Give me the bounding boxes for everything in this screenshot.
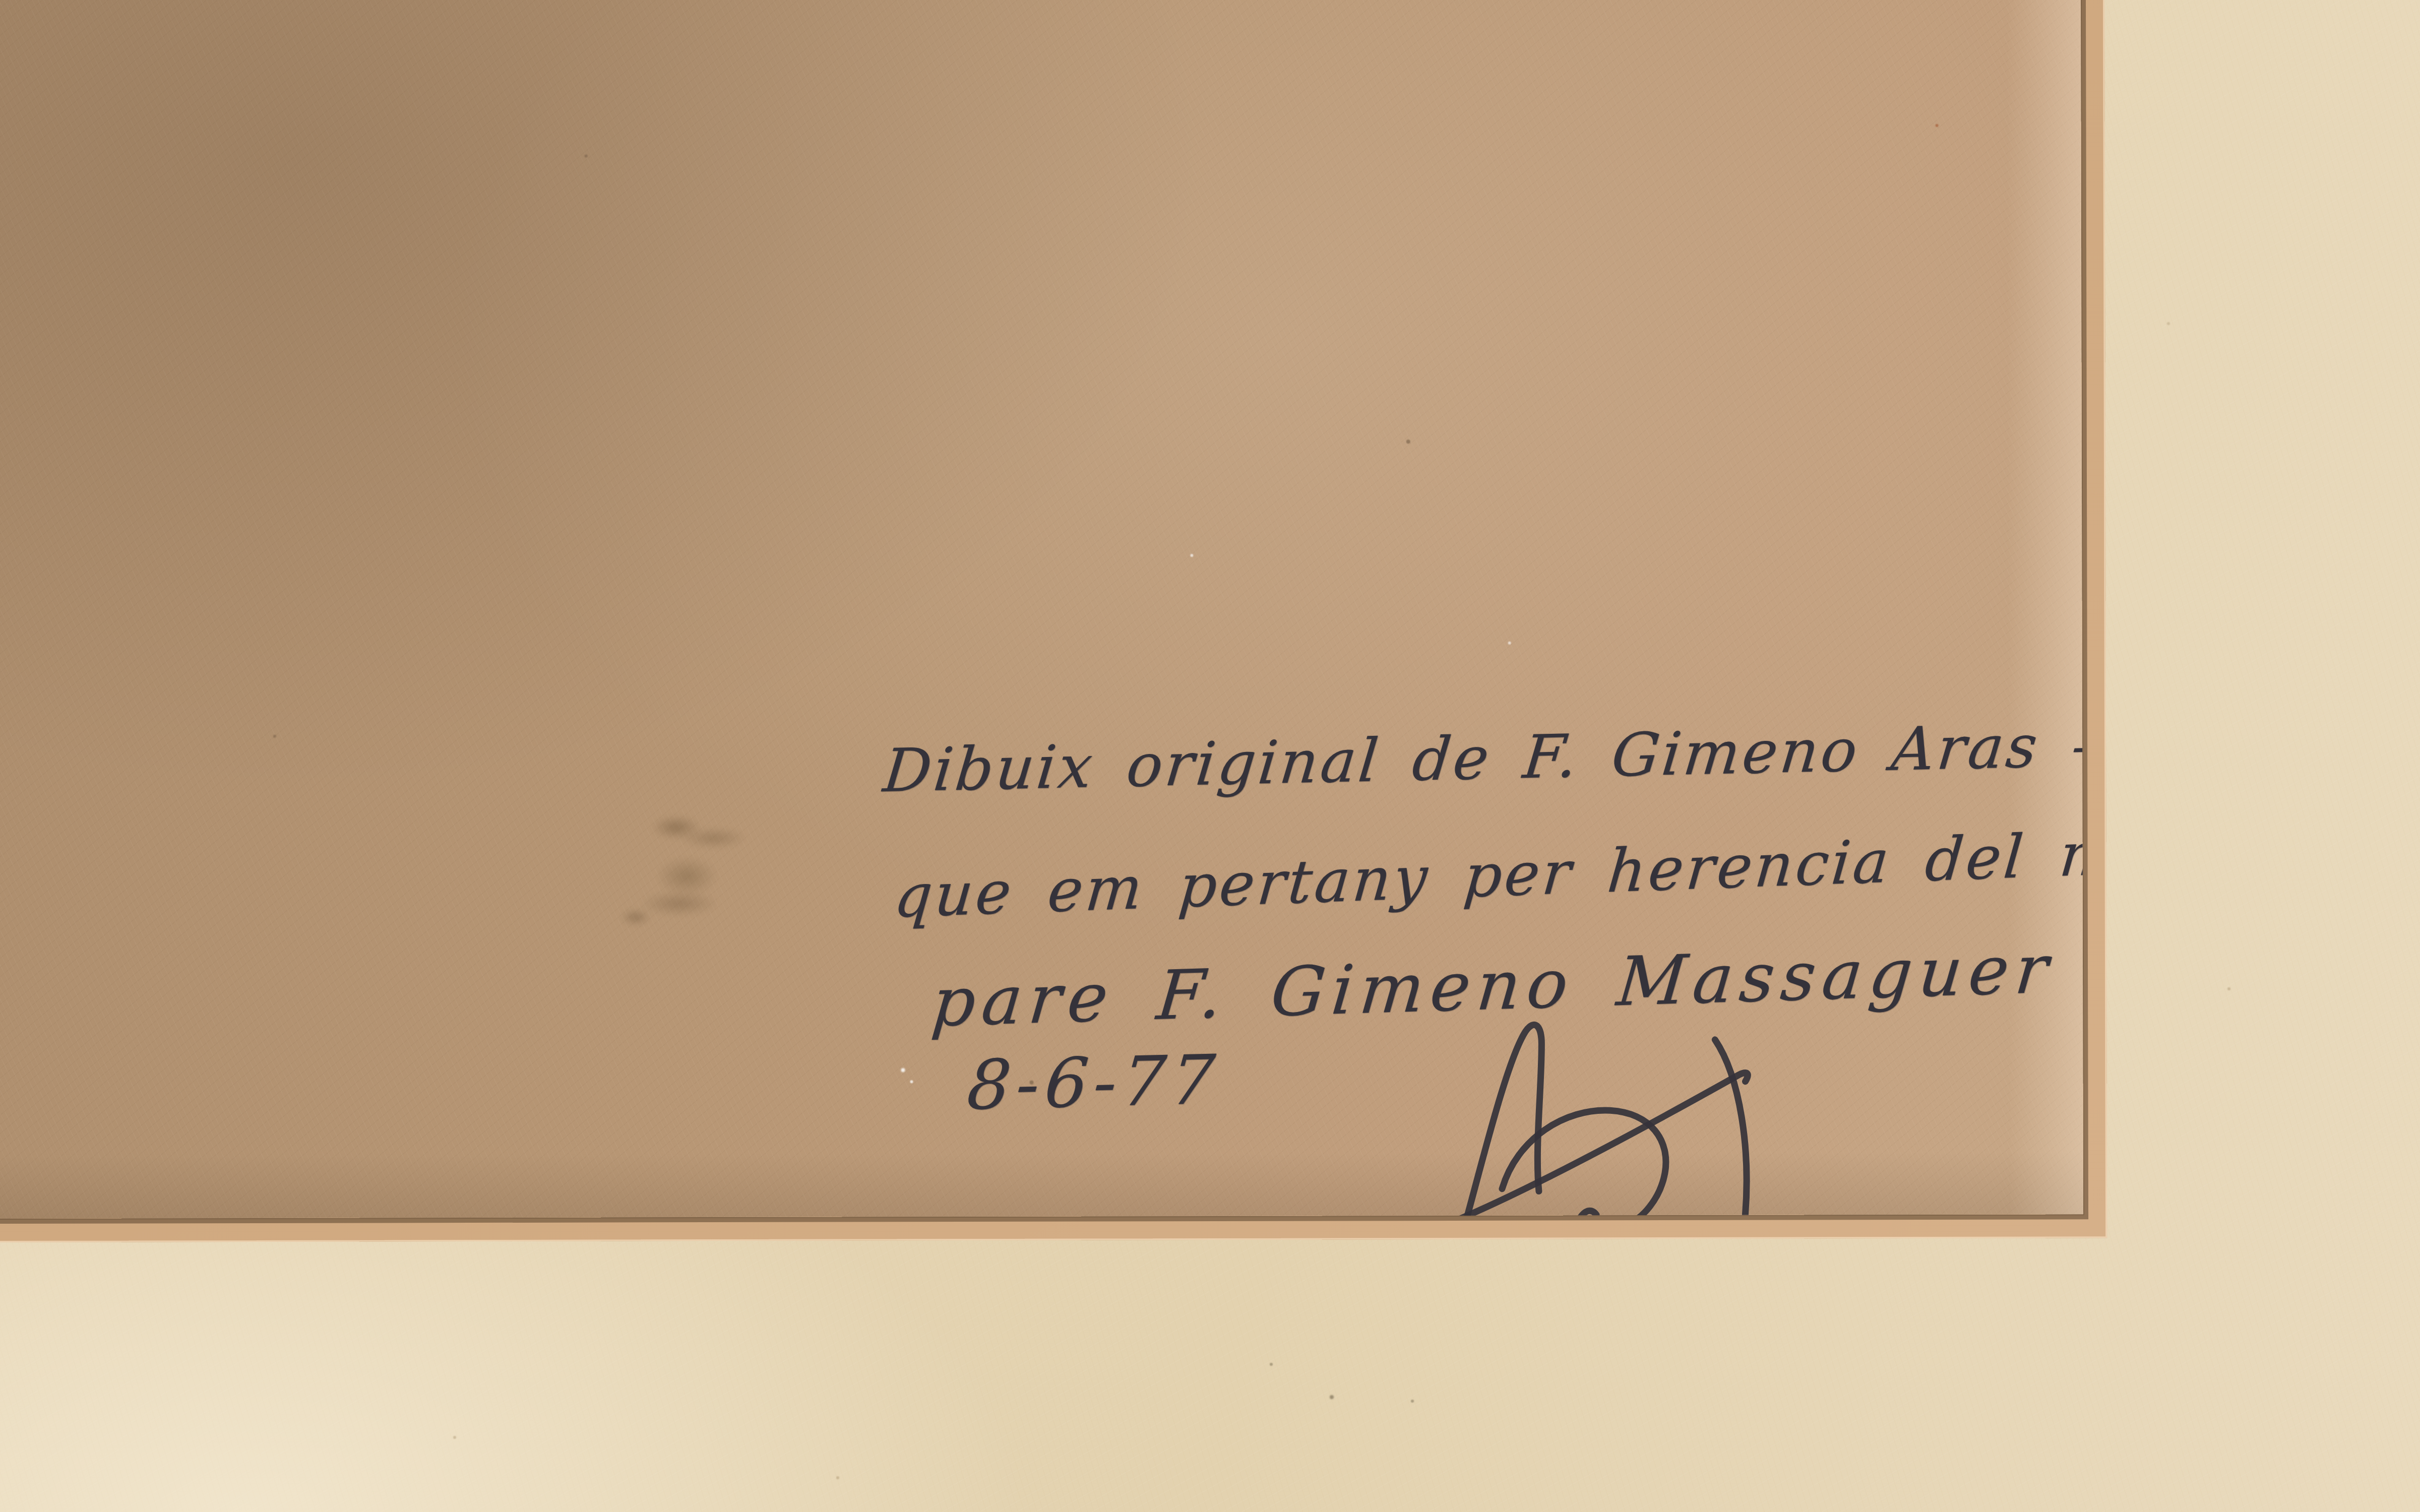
artwork-verso-paper: Dibuix original de F. Gimeno Aras — que …: [0, 0, 2083, 1219]
ink-smudge-stain: [616, 797, 773, 934]
signature-flourish: [1413, 1012, 1807, 1219]
mat-window-group: Dibuix original de F. Gimeno Aras — que …: [0, 0, 2420, 1512]
inscription-line-2: que em pertany per herencia del meu: [892, 821, 2083, 926]
inscription-line-1: Dibuix original de F. Gimeno Aras —: [881, 714, 2083, 800]
mat-board: Dibuix original de F. Gimeno Aras — que …: [0, 0, 2420, 1512]
inscription-date: 8-6-77: [965, 1046, 1223, 1120]
